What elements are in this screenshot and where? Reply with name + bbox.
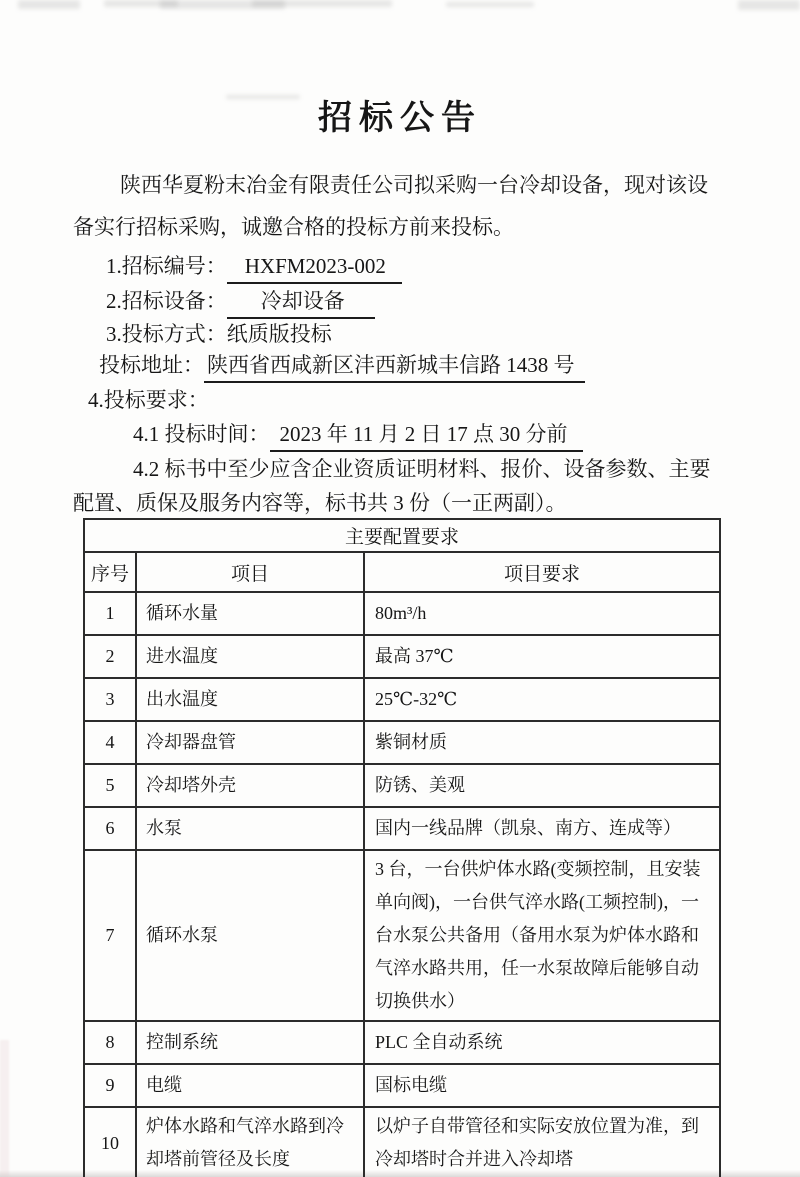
- row-item-cell: 冷却塔外壳: [136, 764, 364, 807]
- scanned-tender-document: 招标公告 陕西华夏粉末冶金有限责任公司拟采购一台冷却设备，现对该设 备实行招标采…: [0, 0, 800, 1177]
- table-row: 5 冷却塔外壳 防锈、美观: [84, 764, 720, 807]
- requirements-table: 主要配置要求 序号 项目 项目要求 1 循环水量 80m³/h 2 进水温度: [83, 518, 721, 1177]
- column-header-index: 序号: [84, 552, 136, 592]
- clause-bid-contents-line-1: 4.2 标书中至少应含企业资质证明材料、报价、设备参数、主要: [133, 455, 711, 484]
- row-requirement-cell: 防锈、美观: [364, 764, 720, 807]
- row-requirement-cell: 最高 37℃: [364, 635, 720, 678]
- row-index-cell: 7: [84, 850, 136, 1021]
- clause-bid-requirements: 4.投标要求：: [88, 386, 209, 415]
- row-requirement-cell: 3 台，一台供炉体水路(变频控制，且安装单向阀)，一台供气淬水路(工频控制)，一…: [364, 850, 720, 1021]
- scan-artifact: [252, 0, 392, 7]
- scan-artifact: [18, 0, 80, 9]
- clause-bid-deadline-label: 4.1 投标时间：: [133, 422, 270, 446]
- table-row: 9 电缆 国标电缆: [84, 1064, 720, 1107]
- row-item-cell: 出水温度: [136, 678, 364, 721]
- row-requirement-cell: 25℃-32℃: [364, 678, 720, 721]
- clause-bid-deadline: 4.1 投标时间：2023 年 11 月 2 日 17 点 30 分前: [133, 420, 583, 452]
- table-caption: 主要配置要求: [84, 519, 720, 552]
- clause-tender-number: 1.招标编号：HXFM2023-002: [106, 252, 402, 284]
- row-requirement-cell: PLC 全自动系统: [364, 1021, 720, 1064]
- table-caption-row: 主要配置要求: [84, 519, 720, 552]
- clause-bid-contents-line-2: 配置、质保及服务内容等，标书共 3 份（一正两副）。: [73, 489, 567, 518]
- row-index-cell: 6: [84, 807, 136, 850]
- row-index-cell: 1: [84, 592, 136, 635]
- row-index-cell: 10: [84, 1107, 136, 1177]
- row-index-cell: 8: [84, 1021, 136, 1064]
- table-header-row: 序号 项目 项目要求: [84, 552, 720, 592]
- requirements-table-body: 1 循环水量 80m³/h 2 进水温度 最高 37℃ 3 出水温度 25℃-3…: [84, 592, 720, 1177]
- table-row: 4 冷却器盘管 紫铜材质: [84, 721, 720, 764]
- table-row: 3 出水温度 25℃-32℃: [84, 678, 720, 721]
- row-index-cell: 5: [84, 764, 136, 807]
- table-row: 8 控制系统 PLC 全自动系统: [84, 1021, 720, 1064]
- clause-tender-equipment-label: 2.招标设备：: [106, 289, 227, 313]
- clause-bid-address: 投标地址：陕西省西咸新区沣西新城丰信路 1438 号: [99, 351, 585, 383]
- tender-equipment-value: 冷却设备: [227, 287, 375, 319]
- bid-method-value: 纸质版投标: [227, 322, 332, 346]
- row-item-cell: 进水温度: [136, 635, 364, 678]
- row-requirement-cell: 国标电缆: [364, 1064, 720, 1107]
- clause-bid-address-label: 投标地址：: [99, 353, 204, 377]
- tender-number-value: HXFM2023-002: [227, 252, 402, 284]
- scan-artifact: [738, 0, 800, 10]
- row-item-cell: 控制系统: [136, 1021, 364, 1064]
- clause-tender-equipment: 2.招标设备：冷却设备: [106, 287, 375, 319]
- page-title: 招标公告: [0, 90, 800, 139]
- column-header-item: 项目: [136, 552, 364, 592]
- row-item-cell: 循环水量: [136, 592, 364, 635]
- row-item-cell: 冷却器盘管: [136, 721, 364, 764]
- row-item-cell: 循环水泵: [136, 850, 364, 1021]
- row-requirement-cell: 以炉子自带管径和实际安放位置为准，到冷却塔时合并进入冷却塔: [364, 1107, 720, 1177]
- intro-paragraph-line-2: 备实行招标采购，诚邀合格的投标方前来投标。: [73, 213, 514, 242]
- clause-tender-number-label: 1.招标编号：: [106, 254, 227, 278]
- bid-address-value: 陕西省西咸新区沣西新城丰信路 1438 号: [204, 351, 585, 383]
- row-index-cell: 2: [84, 635, 136, 678]
- scan-artifact: [446, 2, 534, 7]
- row-index-cell: 4: [84, 721, 136, 764]
- table-row: 7 循环水泵 3 台，一台供炉体水路(变频控制，且安装单向阀)，一台供气淬水路(…: [84, 850, 720, 1021]
- intro-paragraph-line-1: 陕西华夏粉末冶金有限责任公司拟采购一台冷却设备，现对该设: [120, 171, 708, 200]
- requirements-table-head: 主要配置要求 序号 项目 项目要求: [84, 519, 720, 592]
- row-item-cell: 电缆: [136, 1064, 364, 1107]
- row-index-cell: 9: [84, 1064, 136, 1107]
- clause-bid-method-label: 3.投标方式：: [106, 322, 227, 346]
- row-requirement-cell: 80m³/h: [364, 592, 720, 635]
- row-requirement-cell: 国内一线品牌（凯泉、南方、连成等）: [364, 807, 720, 850]
- clause-bid-method: 3.投标方式：纸质版投标: [106, 320, 332, 349]
- table-row: 6 水泵 国内一线品牌（凯泉、南方、连成等）: [84, 807, 720, 850]
- table-row: 1 循环水量 80m³/h: [84, 592, 720, 635]
- bid-deadline-value: 2023 年 11 月 2 日 17 点 30 分前: [270, 420, 584, 452]
- row-index-cell: 3: [84, 678, 136, 721]
- row-requirement-cell: 紫铜材质: [364, 721, 720, 764]
- table-row: 10 炉体水路和气淬水路到冷却塔前管径及长度 以炉子自带管径和实际安放位置为准，…: [84, 1107, 720, 1177]
- column-header-requirement: 项目要求: [364, 552, 720, 592]
- row-item-cell: 水泵: [136, 807, 364, 850]
- table-row: 2 进水温度 最高 37℃: [84, 635, 720, 678]
- scan-edge-tint: [0, 1040, 9, 1177]
- row-item-cell: 炉体水路和气淬水路到冷却塔前管径及长度: [136, 1107, 364, 1177]
